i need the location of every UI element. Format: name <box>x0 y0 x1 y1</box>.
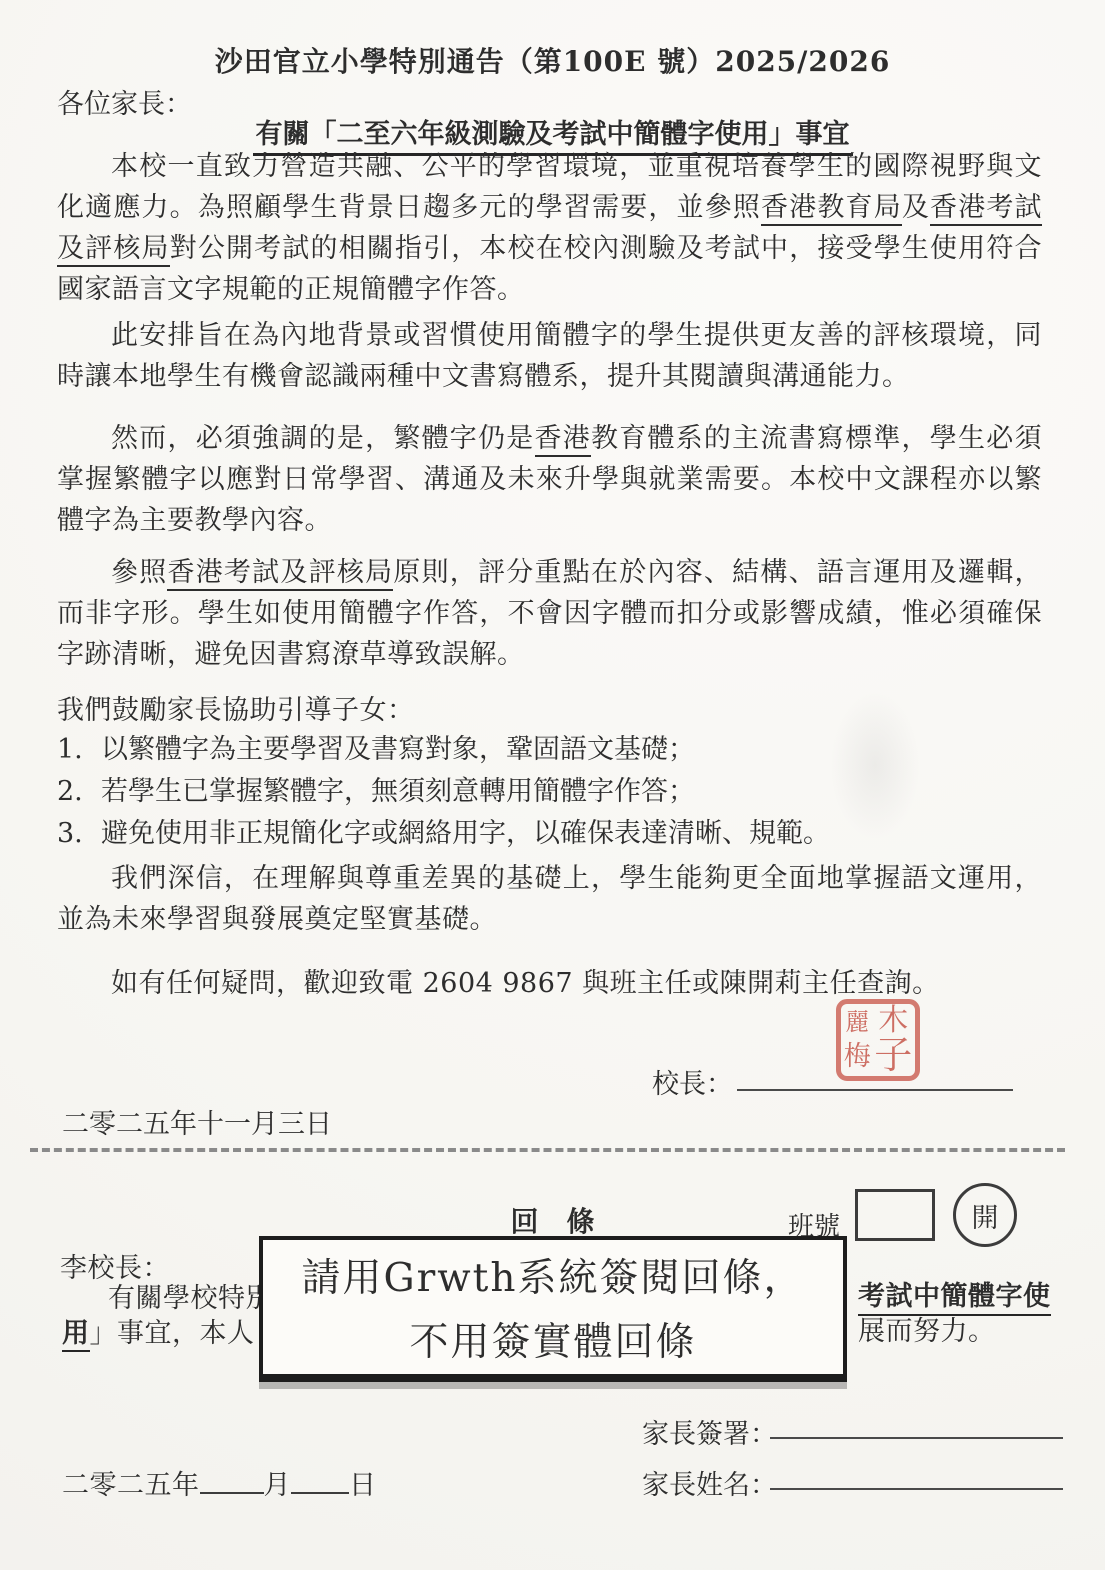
list-number: 1. <box>57 729 101 770</box>
seal-char: 梅 <box>844 1043 871 1070</box>
paragraph-5: 我們深信，在理解與尊重差異的基礎上，學生能夠更全面地掌握語文運用，並為未來學習與… <box>57 858 1042 940</box>
seal-column-right: 木 子 <box>874 1006 912 1074</box>
list-number: 2. <box>57 771 101 812</box>
reply-date-day-blank <box>291 1492 349 1494</box>
reply-text-fragment-left-1: 有關學校特別 <box>108 1276 273 1315</box>
reply-slip-title-wrap: 回 條 <box>0 1200 1105 1240</box>
reply-date-month-blank <box>200 1492 264 1494</box>
paragraph-6: 如有任何疑問，歡迎致電 2604 9867 與班主任或陳開莉主任查詢。 <box>57 963 1042 1004</box>
paragraph-1-text: 及 <box>902 192 930 223</box>
reply-date-month: 月 <box>264 1470 292 1501</box>
open-circle-stamp: 開 <box>953 1183 1017 1247</box>
notice-date: 二零二五年十一月三日 <box>62 1102 332 1141</box>
reply-date: 二零二五年月日 <box>62 1463 377 1502</box>
paragraph-1: 本校一直致力營造共融、公平的學習環境，並重視培養學生的國際視野與文化適應力。為照… <box>57 146 1042 310</box>
hongkong-underlined: 香港 <box>535 423 591 457</box>
edb-underlined: 香港教育局 <box>761 192 902 226</box>
grwth-notice-box: 請用Grwth系統簽閱回條， 不用簽實體回條 <box>259 1236 847 1382</box>
scan-smudge <box>830 690 920 840</box>
seal-char: 麗 <box>845 1010 869 1034</box>
paragraph-4: 參照香港考試及評核局原則，評分重點在於內容、結構、語言運用及邏輯，而非字形。學生… <box>57 552 1042 675</box>
grwth-notice-line-2: 不用簽實體回條 <box>409 1311 696 1367</box>
paragraph-3: 然而，必須強調的是，繁體字仍是香港教育體系的主流書寫標準，學生必須掌握繁體字以應… <box>57 418 1042 541</box>
list-item-text: 避免使用非正規簡化字或網絡用字，以確保表達清晰、規範。 <box>101 818 830 849</box>
paragraph-1-text: 對公開考試的相關指引，本校在校內測驗及考試中，接受學生使用符合國家語言文字規範的… <box>57 233 1042 305</box>
paragraph-4-text: 參照 <box>111 557 167 588</box>
seal-char: 木 <box>878 1006 908 1036</box>
class-number-box <box>855 1189 935 1241</box>
seal-char: 子 <box>874 1036 912 1074</box>
reply-text-fragment-left-2: 用」事宜，本人 <box>62 1311 255 1350</box>
reply-bold-underlined-char: 用 <box>62 1318 90 1352</box>
notice-page: 沙田官立小學特別通告（第100E 號）2025/2026 各位家長： 有關「二至… <box>0 0 1105 1570</box>
tear-line <box>30 1148 1065 1152</box>
hkeaa-underlined: 香港考試及評核局 <box>167 557 393 591</box>
seal-column-left: 麗 梅 <box>844 1006 871 1074</box>
list-number: 3. <box>57 813 101 854</box>
reply-date-day: 日 <box>349 1470 377 1501</box>
paragraph-3-text: 然而，必須強調的是，繁體字仍是 <box>111 423 535 454</box>
notice-title: 沙田官立小學特別通告（第100E 號）2025/2026 <box>0 40 1105 80</box>
open-circle-label: 開 <box>972 1196 999 1235</box>
principal-seal-stamp: 麗 梅 木 子 <box>836 999 920 1081</box>
principal-signature-line <box>737 1089 1013 1091</box>
reply-date-year: 二零二五年 <box>62 1470 200 1501</box>
paragraph-2: 此安排旨在為內地背景或習慣使用簡體字的學生提供更友善的評核環境，同時讓本地學生有… <box>57 315 1042 397</box>
reply-fragment-text: 」事宜，本人 <box>90 1318 255 1349</box>
principal-label: 校長： <box>652 1062 733 1101</box>
parent-name-line <box>770 1488 1063 1490</box>
parent-signature-line <box>770 1437 1063 1439</box>
reply-text-fragment-right-2: 展而努力。 <box>858 1309 996 1348</box>
parent-name-label: 家長姓名： <box>642 1463 777 1502</box>
list-item-text: 若學生已掌握繁體字，無須刻意轉用簡體字作答； <box>101 776 695 807</box>
grwth-notice-line-1: 請用Grwth系統簽閱回條， <box>302 1247 805 1303</box>
list-item-text: 以繁體字為主要學習及書寫對象，鞏固語文基礎； <box>101 734 695 765</box>
parent-signature-label: 家長簽署： <box>642 1412 777 1451</box>
